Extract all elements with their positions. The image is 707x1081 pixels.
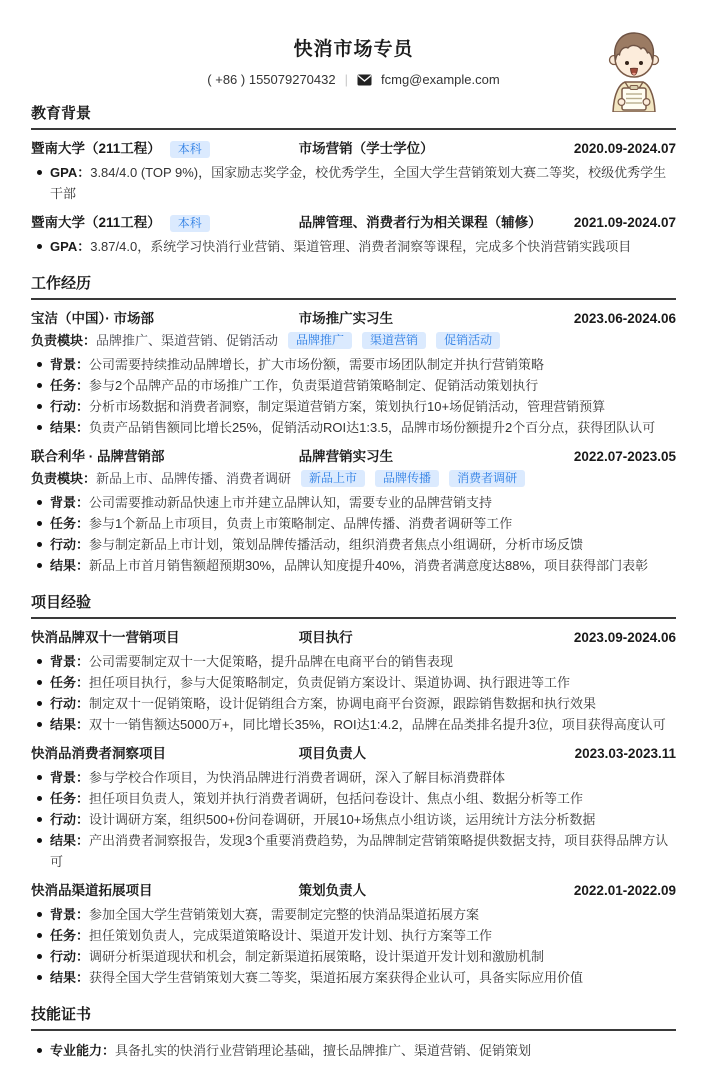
bullet-text: 获得全国大学生营销策划大赛二等奖，渠道拓展方案获得企业认可，具备实际应用价值 (89, 970, 583, 985)
entry-header-row: 快消品牌双十一营销项目 项目执行 2023.09-2024.06 (31, 628, 676, 648)
bullet-item: 结果：新品上市首月销售额超预期30%，品牌认知度提升40%，消费者满意度达88%… (37, 555, 676, 576)
skill-tag: 新品上市 (301, 470, 365, 487)
section-title-work: 工作经历 (31, 272, 676, 300)
degree-badge: 本科 (170, 141, 210, 158)
bullet-item: 任务：担任项目负责人，策划并执行消费者调研，包括问卷设计、焦点小组、数据分析等工… (37, 788, 676, 809)
bullet-item: 行动：设计调研方案，组织500+份问卷调研，开展10+场焦点小组访谈，运用统计方… (37, 809, 676, 830)
bullet-label: 任务： (50, 378, 89, 393)
project-role: 项目负责人 (299, 744, 575, 764)
date-range: 2021.09-2024.07 (574, 213, 676, 233)
project-name: 快消品牌双十一营销项目 (31, 628, 180, 648)
skill-tag: 品牌推广 (288, 332, 352, 349)
date-range: 2023.09-2024.06 (574, 628, 676, 648)
module-text: 新品上市、品牌传播、消费者调研 (96, 468, 291, 489)
bullet-text: 制定双十一促销策略，设计促销组合方案，协调电商平台资源，跟踪销售数据和执行效果 (89, 696, 596, 711)
date-range: 2022.01-2022.09 (574, 881, 676, 901)
section-title-skills: 技能证书 (31, 1003, 676, 1031)
bullet-item: 结果：产出消费者洞察报告，发现3个重要消费趋势，为品牌制定营销策略提供数据支持，… (37, 830, 676, 872)
bullet-item: 任务：参与2个品牌产品的市场推广工作，负责渠道营销策略制定、促销活动策划执行 (37, 375, 676, 396)
bullet-text: 设计调研方案，组织500+份问卷调研，开展10+场焦点小组访谈，运用统计方法分析… (89, 812, 595, 827)
skill-tag: 渠道营销 (362, 332, 426, 349)
date-range: 2023.03-2023.11 (575, 744, 676, 764)
company-name: 联合利华 · 品牌营销部 (31, 447, 165, 467)
company-name: 宝洁（中国）· 市场部 (31, 309, 154, 329)
bullet-item: GPA：3.87/4.0，系统学习快消行业营销、渠道管理、消费者洞察等课程，完成… (37, 236, 676, 257)
bullet-text: 参与2个品牌产品的市场推广工作，负责渠道营销策略制定、促销活动策划执行 (89, 378, 538, 393)
bullet-item: 背景：公司需要持续推动品牌增长，扩大市场份额，需要市场团队制定并执行营销策略 (37, 354, 676, 375)
major-name: 市场营销（学士学位） (299, 139, 574, 159)
bullet-item: 专业能力：具备扎实的快消行业营销理论基础，擅长品牌推广、渠道营销、促销策划 (37, 1040, 676, 1061)
entry-header-row: 暨南大学（211工程） 本科 市场营销（学士学位） 2020.09-2024.0… (31, 139, 676, 159)
bullet-item: GPA：3.84/4.0 (TOP 9%)，国家励志奖学金，校优秀学生，全国大学… (37, 162, 676, 204)
work-entry: 宝洁（中国）· 市场部 市场推广实习生 2023.06-2024.06 负责模块… (31, 309, 676, 438)
section-projects: 项目经验 快消品牌双十一营销项目 项目执行 2023.09-2024.06 背景… (31, 591, 676, 988)
bullet-text: 担任项目执行，参与大促策略制定，负责促销方案设计、渠道协调、执行跟进等工作 (89, 675, 570, 690)
bullet-text: 参与制定新品上市计划，策划品牌传播活动，组织消费者焦点小组调研，分析市场反馈 (89, 537, 583, 552)
section-work: 工作经历 宝洁（中国）· 市场部 市场推广实习生 2023.06-2024.06… (31, 272, 676, 576)
bullet-label: 任务： (50, 516, 89, 531)
school-name: 暨南大学（211工程） (31, 213, 161, 233)
project-entry: 快消品牌双十一营销项目 项目执行 2023.09-2024.06 背景：公司需要… (31, 628, 676, 735)
phone-number: ( +86 ) 155079270432 (207, 72, 335, 87)
bullet-text: 担任项目负责人，策划并执行消费者调研，包括问卷设计、焦点小组、数据分析等工作 (89, 791, 583, 806)
bullet-text: 新品上市首月销售额超预期30%，品牌认知度提升40%，消费者满意度达88%，项目… (89, 558, 648, 573)
bullet-label: 行动： (50, 399, 89, 414)
bullet-label: GPA： (50, 239, 90, 254)
bullet-label: 结果： (50, 717, 89, 732)
bullet-text: 公司需要推动新品快速上市并建立品牌认知，需要专业的品牌营销支持 (89, 495, 492, 510)
bullet-text: 参与1个新品上市项目，负责上市策略制定、品牌传播、消费者调研等工作 (89, 516, 512, 531)
bullet-label: 任务： (50, 928, 89, 943)
bullet-text: 具备扎实的快消行业营销理论基础，擅长品牌推广、渠道营销、促销策划 (115, 1043, 531, 1058)
education-entry: 暨南大学（211工程） 本科 品牌管理、消费者行为相关课程（辅修） 2021.0… (31, 213, 676, 257)
bullet-label: 结果： (50, 833, 89, 848)
bullet-text: 3.87/4.0，系统学习快消行业营销、渠道管理、消费者洞察等课程，完成多个快消… (90, 239, 631, 254)
bullet-label: 行动： (50, 696, 89, 711)
separator: | (345, 72, 348, 87)
bullet-item: 行动：制定双十一促销策略，设计促销组合方案，协调电商平台资源，跟踪销售数据和执行… (37, 693, 676, 714)
page-title: 快消市场专员 (31, 34, 676, 61)
date-range: 2020.09-2024.07 (574, 139, 676, 159)
bullet-label: 结果： (50, 558, 89, 573)
date-range: 2023.06-2024.06 (574, 309, 676, 329)
section-title-projects: 项目经验 (31, 591, 676, 619)
bullet-text: 负责产品销售额同比增长25%，促销活动ROI达1:3.5，品牌市场份额提升2个百… (89, 420, 655, 435)
email-icon (357, 74, 372, 86)
bullet-label: GPA： (50, 165, 90, 180)
module-label: 负责模块： (31, 330, 96, 351)
bullet-item: 行动：调研分析渠道现状和机会，制定新渠道拓展策略，设计渠道开发计划和激励机制 (37, 946, 676, 967)
bullet-text: 参加全国大学生营销策划大赛，需要制定完整的快消品渠道拓展方案 (89, 907, 479, 922)
bullet-label: 专业能力： (50, 1043, 115, 1058)
bullet-label: 背景： (50, 770, 89, 785)
bullet-label: 行动： (50, 949, 89, 964)
bullet-label: 行动： (50, 812, 89, 827)
bullet-item: 结果：获得全国大学生营销策划大赛二等奖，渠道拓展方案获得企业认可，具备实际应用价… (37, 967, 676, 988)
bullet-label: 结果： (50, 970, 89, 985)
entry-header-row: 暨南大学（211工程） 本科 品牌管理、消费者行为相关课程（辅修） 2021.0… (31, 213, 676, 233)
bullet-label: 行动： (50, 537, 89, 552)
skill-tag: 消费者调研 (449, 470, 525, 487)
contact-line: ( +86 ) 155079270432 | fcmg@example.com (31, 72, 676, 87)
job-title: 市场推广实习生 (299, 309, 574, 329)
bullet-text: 担任策划负责人，完成渠道策略设计、渠道开发计划、执行方案等工作 (89, 928, 492, 943)
section-education: 教育背景 暨南大学（211工程） 本科 市场营销（学士学位） 2020.09-2… (31, 102, 676, 257)
bullet-text: 公司需要制定双十一大促策略，提升品牌在电商平台的销售表现 (89, 654, 453, 669)
bullet-text: 参与学校合作项目，为快消品牌进行消费者调研，深入了解目标消费群体 (89, 770, 505, 785)
bullet-item: 结果：负责产品销售额同比增长25%，促销活动ROI达1:3.5，品牌市场份额提升… (37, 417, 676, 438)
entry-header-row: 联合利华 · 品牌营销部 品牌营销实习生 2022.07-2023.05 (31, 447, 676, 467)
avatar (601, 22, 667, 112)
project-role: 项目执行 (299, 628, 574, 648)
module-row: 负责模块： 新品上市、品牌传播、消费者调研 新品上市 品牌传播 消费者调研 (31, 468, 676, 489)
school-name: 暨南大学（211工程） (31, 139, 161, 159)
bullet-item: 背景：参与学校合作项目，为快消品牌进行消费者调研，深入了解目标消费群体 (37, 767, 676, 788)
date-range: 2022.07-2023.05 (574, 447, 676, 467)
project-role: 策划负责人 (299, 881, 574, 901)
bullet-item: 任务：担任项目执行，参与大促策略制定，负责促销方案设计、渠道协调、执行跟进等工作 (37, 672, 676, 693)
section-skills: 技能证书 专业能力：具备扎实的快消行业营销理论基础，擅长品牌推广、渠道营销、促销… (31, 1003, 676, 1061)
bullet-label: 任务： (50, 791, 89, 806)
bullet-label: 任务： (50, 675, 89, 690)
bullet-item: 背景：参加全国大学生营销策划大赛，需要制定完整的快消品渠道拓展方案 (37, 904, 676, 925)
bullet-label: 结果： (50, 420, 89, 435)
resume-page: 快消市场专员 ( +86 ) 155079270432 | fcmg@examp… (0, 0, 707, 1081)
bullet-label: 背景： (50, 654, 89, 669)
bullet-item: 背景：公司需要推动新品快速上市并建立品牌认知，需要专业的品牌营销支持 (37, 492, 676, 513)
entry-header-row: 快消品渠道拓展项目 策划负责人 2022.01-2022.09 (31, 881, 676, 901)
bullet-text: 公司需要持续推动品牌增长，扩大市场份额，需要市场团队制定并执行营销策略 (89, 357, 544, 372)
project-name: 快消品消费者洞察项目 (31, 744, 166, 764)
bullet-item: 行动：分析市场数据和消费者洞察，制定渠道营销方案，策划执行10+场促销活动，管理… (37, 396, 676, 417)
bullet-text: 3.84/4.0 (TOP 9%)，国家励志奖学金，校优秀学生，全国大学生营销策… (50, 165, 666, 201)
skill-tag: 品牌传播 (375, 470, 439, 487)
education-entry: 暨南大学（211工程） 本科 市场营销（学士学位） 2020.09-2024.0… (31, 139, 676, 204)
entry-header-row: 宝洁（中国）· 市场部 市场推广实习生 2023.06-2024.06 (31, 309, 676, 329)
module-label: 负责模块： (31, 468, 96, 489)
bullet-label: 背景： (50, 495, 89, 510)
email-address: fcmg@example.com (381, 72, 500, 87)
bullet-item: 任务：参与1个新品上市项目，负责上市策略制定、品牌传播、消费者调研等工作 (37, 513, 676, 534)
bullet-item: 任务：担任策划负责人，完成渠道策略设计、渠道开发计划、执行方案等工作 (37, 925, 676, 946)
entry-header-row: 快消品消费者洞察项目 项目负责人 2023.03-2023.11 (31, 744, 676, 764)
work-entry: 联合利华 · 品牌营销部 品牌营销实习生 2022.07-2023.05 负责模… (31, 447, 676, 576)
project-entry: 快消品渠道拓展项目 策划负责人 2022.01-2022.09 背景：参加全国大… (31, 881, 676, 988)
section-title-education: 教育背景 (31, 102, 676, 130)
project-entry: 快消品消费者洞察项目 项目负责人 2023.03-2023.11 背景：参与学校… (31, 744, 676, 872)
skill-tag: 促销活动 (436, 332, 500, 349)
bullet-label: 背景： (50, 357, 89, 372)
bullet-item: 结果：双十一销售额达5000万+，同比增长35%，ROI达1:4.2，品牌在品类… (37, 714, 676, 735)
project-name: 快消品渠道拓展项目 (31, 881, 153, 901)
bullet-item: 背景：公司需要制定双十一大促策略，提升品牌在电商平台的销售表现 (37, 651, 676, 672)
job-title: 品牌营销实习生 (299, 447, 574, 467)
bullet-text: 调研分析渠道现状和机会，制定新渠道拓展策略，设计渠道开发计划和激励机制 (89, 949, 544, 964)
major-name: 品牌管理、消费者行为相关课程（辅修） (299, 213, 574, 233)
module-text: 品牌推广、渠道营销、促销活动 (96, 330, 278, 351)
degree-badge: 本科 (170, 215, 210, 232)
bullet-text: 分析市场数据和消费者洞察，制定渠道营销方案，策划执行10+场促销活动，管理营销预… (89, 399, 605, 414)
bullet-text: 双十一销售额达5000万+，同比增长35%，ROI达1:4.2，品牌在品类排名提… (89, 717, 666, 732)
module-row: 负责模块： 品牌推广、渠道营销、促销活动 品牌推广 渠道营销 促销活动 (31, 330, 676, 351)
bullet-label: 背景： (50, 907, 89, 922)
bullet-item: 行动：参与制定新品上市计划，策划品牌传播活动，组织消费者焦点小组调研，分析市场反… (37, 534, 676, 555)
bullet-text: 产出消费者洞察报告，发现3个重要消费趋势，为品牌制定营销策略提供数据支持，项目获… (50, 833, 668, 869)
